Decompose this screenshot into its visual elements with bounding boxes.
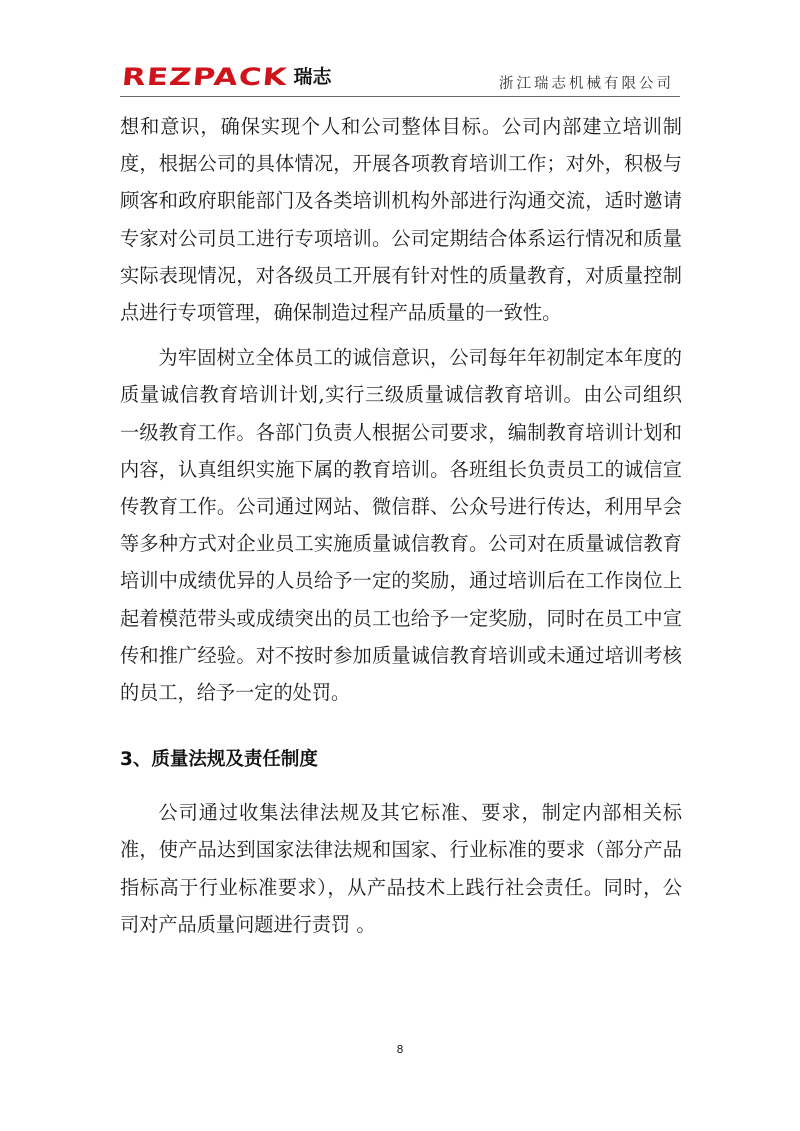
paragraph-training-continued: 想和意识，确保实现个人和公司整体目标。公司内部建立培训制度，根据公司的具体情况，… [120, 108, 682, 331]
logo-wordmark: REZPACK [121, 64, 289, 90]
spacer [120, 331, 682, 339]
section-heading-quality-regulations: 3、质量法规及责任制度 [120, 741, 682, 778]
company-logo: REZPACK 瑞志 [122, 64, 331, 90]
paragraph-integrity-education: 为牢固树立全体员工的诚信意识，公司每年年初制定本年度的质量诚信教育培训计划,实行… [120, 339, 682, 711]
page-number: 8 [0, 1043, 800, 1056]
spacer [120, 711, 682, 741]
document-body: 想和意识，确保实现个人和公司整体目标。公司内部建立培训制度，根据公司的具体情况，… [120, 108, 682, 943]
spacer [120, 778, 682, 794]
company-name: 浙江瑞志机械有限公司 [499, 72, 674, 93]
paragraph-quality-regulations: 公司通过收集法律法规及其它标准、要求，制定内部相关标准，使产品达到国家法律法规和… [120, 794, 682, 943]
logo-chinese-name: 瑞志 [293, 64, 331, 90]
page-header: REZPACK 瑞志 浙江瑞志机械有限公司 [120, 62, 680, 97]
